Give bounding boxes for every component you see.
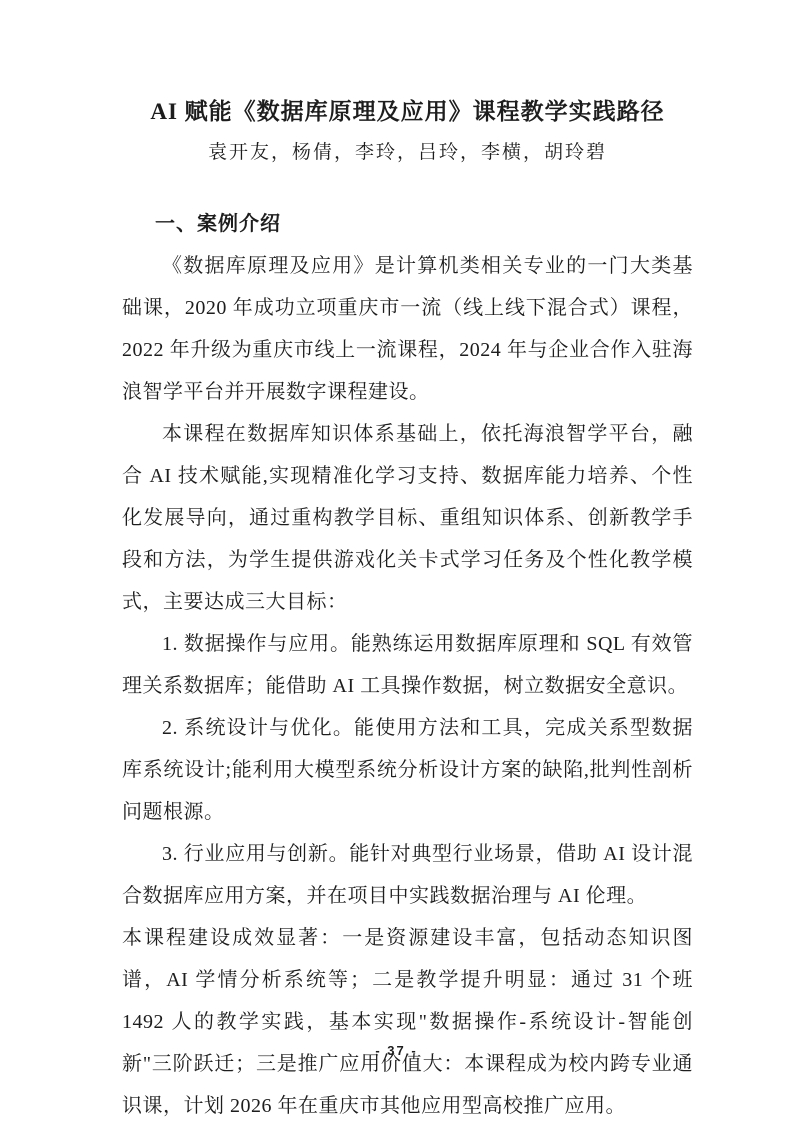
paragraph: 3. 行业应用与创新。能针对典型行业场景，借助 AI 设计混合数据库应用方案，并… [122,833,693,917]
paragraph: 2. 系统设计与优化。能使用方法和工具，完成关系型数据库系统设计;能利用大模型系… [122,707,693,833]
paragraph: 本课程在数据库知识体系基础上，依托海浪智学平台，融合 AI 技术赋能,实现精准化… [122,413,693,623]
page-number: - 37 - [0,1043,793,1058]
paragraph: 1. 数据操作与应用。能熟练运用数据库原理和 SQL 有效管理关系数据库；能借助… [122,623,693,707]
section-heading: 一、案例介绍 [122,203,693,245]
document-title: AI 赋能《数据库原理及应用》课程教学实践路径 [122,95,693,129]
authors-line: 袁开友，杨倩，李玲，吕玲，李横，胡玲碧 [122,138,693,168]
paragraph: 《数据库原理及应用》是计算机类相关专业的一门大类基础课，2020 年成功立项重庆… [122,245,693,413]
document-page: AI 赋能《数据库原理及应用》课程教学实践路径 袁开友，杨倩，李玲，吕玲，李横，… [0,0,793,1122]
paragraph: 本课程建设成效显著：一是资源建设丰富，包括动态知识图谱，AI 学情分析系统等；二… [122,917,693,1122]
body-paragraphs: 《数据库原理及应用》是计算机类相关专业的一门大类基础课，2020 年成功立项重庆… [122,245,693,1122]
